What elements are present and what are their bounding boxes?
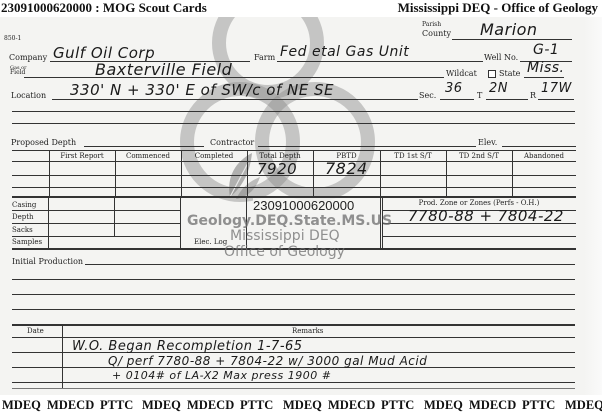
remarks-header: Remarks	[292, 327, 323, 335]
state-value: Miss.	[527, 60, 565, 76]
form-number: 850-1	[4, 36, 21, 42]
remark-line-2: Q/ perf 7780-88 + 7804-22 w/ 3000 gal Mu…	[108, 354, 427, 368]
footer-item: PTTC	[240, 398, 273, 413]
sacks-label: Sacks	[12, 226, 33, 234]
elev-underline	[502, 146, 576, 147]
samples-label: Samples	[12, 238, 42, 246]
farm-value: Fed etal Gas Unit	[280, 44, 409, 60]
t-underline	[486, 99, 528, 100]
depth-label: Depth	[12, 213, 34, 221]
well-no-value: G-1	[533, 42, 559, 58]
r-value: 17W	[541, 81, 572, 96]
footer-item: MDECD	[187, 398, 234, 413]
county-underline	[452, 39, 572, 40]
remark-line-1: W.O. Began Recompletion 1-7-65	[72, 339, 303, 354]
farm-underline	[277, 61, 483, 62]
proposed-depth-label: Proposed Depth	[11, 138, 76, 147]
col-completed: Completed	[181, 152, 247, 160]
contractor-label: Contractor	[210, 138, 254, 147]
prod-zone-label: Prod. Zone or Zones (Perfs - O.H.)	[382, 199, 576, 207]
total-depth-value: 7920	[257, 160, 297, 178]
footer-item: PTTC	[381, 398, 414, 413]
pbtd-value: 7824	[325, 159, 368, 178]
r-underline	[538, 99, 574, 100]
field-underline	[24, 77, 444, 78]
remark-line-3: + 0104# of LA-X2 Max press 1900 #	[112, 369, 331, 382]
footer-item: PTTC	[522, 398, 555, 413]
col-first-report: First Report	[49, 152, 115, 160]
t-label: T	[477, 91, 482, 100]
watermark-office: Office of Geology	[224, 244, 345, 260]
blank-line-4	[12, 294, 575, 295]
watermark-site: Geology.DEQ.State.MS.US	[187, 213, 392, 229]
location-label: Location	[11, 91, 46, 100]
well-no-label: Well No.	[484, 53, 518, 62]
footer-item: MDECD	[47, 398, 94, 413]
casing-label: Casing	[12, 201, 36, 209]
blank-line-1	[12, 111, 575, 112]
footer-item: MDEQ	[424, 398, 463, 413]
county-value: Marion	[480, 20, 538, 39]
proposed-depth-underline	[84, 146, 204, 147]
footer-item: MDECD	[469, 398, 516, 413]
footer-item: PTTC	[100, 398, 133, 413]
parish-label: Parish	[422, 22, 441, 28]
agency-title: Mississippi DEQ - Office of Geology	[398, 0, 598, 16]
county-label: County	[422, 29, 451, 38]
watermark-agency: Mississippi DEQ	[230, 228, 340, 244]
col-abandoned: Abandoned	[512, 152, 576, 160]
watermark-api-number: 23091000620000	[253, 198, 354, 213]
initial-production-label: Initial Production	[12, 257, 83, 266]
blank-line-3	[12, 279, 575, 280]
sec-value: 36	[445, 81, 463, 96]
contractor-underline	[258, 146, 476, 147]
card-edge	[584, 17, 602, 395]
state-label: State	[499, 69, 520, 78]
footer-item: MDEQ	[142, 398, 181, 413]
col-td-2nd: TD 2nd S/T	[446, 152, 512, 160]
t-value: 2N	[489, 81, 508, 96]
blank-line-5	[12, 309, 575, 310]
field-label: Field	[10, 70, 25, 76]
page-header: 23091000620000 : MOG Scout Cards Mississ…	[0, 0, 602, 17]
location-underline	[52, 99, 418, 100]
wildcat-checkbox[interactable]	[488, 70, 496, 78]
blank-line-2	[12, 123, 575, 124]
date-header: Date	[27, 327, 44, 335]
footer-item: MDECD	[328, 398, 375, 413]
page-title: 23091000620000 : MOG Scout Cards	[1, 0, 207, 16]
scout-card-image: 850-1 Parish County Marion Company Gulf …	[0, 17, 602, 395]
state-underline	[524, 77, 564, 78]
col-commenced: Commenced	[115, 152, 181, 160]
footer-item: MDEQ	[2, 398, 41, 413]
watermark-logo-circle-right	[255, 82, 375, 202]
footer-item: MDEQ	[565, 398, 602, 413]
sec-underline	[440, 99, 474, 100]
initial-production-underline	[85, 264, 575, 265]
wildcat-label: Wildcat	[446, 69, 477, 78]
footer-agency-strip: MDEQ MDECD PTTC MDEQ MDECD PTTC MDEQ MDE…	[0, 398, 602, 415]
prod-zone-value: 7780-88 + 7804-22	[408, 207, 564, 225]
location-value: 330' N + 330' E of SW/c of NE SE	[70, 81, 334, 99]
r-label: R	[530, 91, 536, 100]
footer-item: MDEQ	[283, 398, 322, 413]
elev-label: Elev.	[478, 138, 497, 147]
elec-log-label: Elec. Log	[194, 238, 227, 246]
sec-label: Sec.	[419, 91, 436, 100]
farm-label: Farm	[254, 53, 275, 62]
col-total-depth: Total Depth	[247, 152, 313, 160]
col-td-1st: TD 1st S/T	[380, 152, 446, 160]
company-label: Company	[9, 53, 47, 62]
